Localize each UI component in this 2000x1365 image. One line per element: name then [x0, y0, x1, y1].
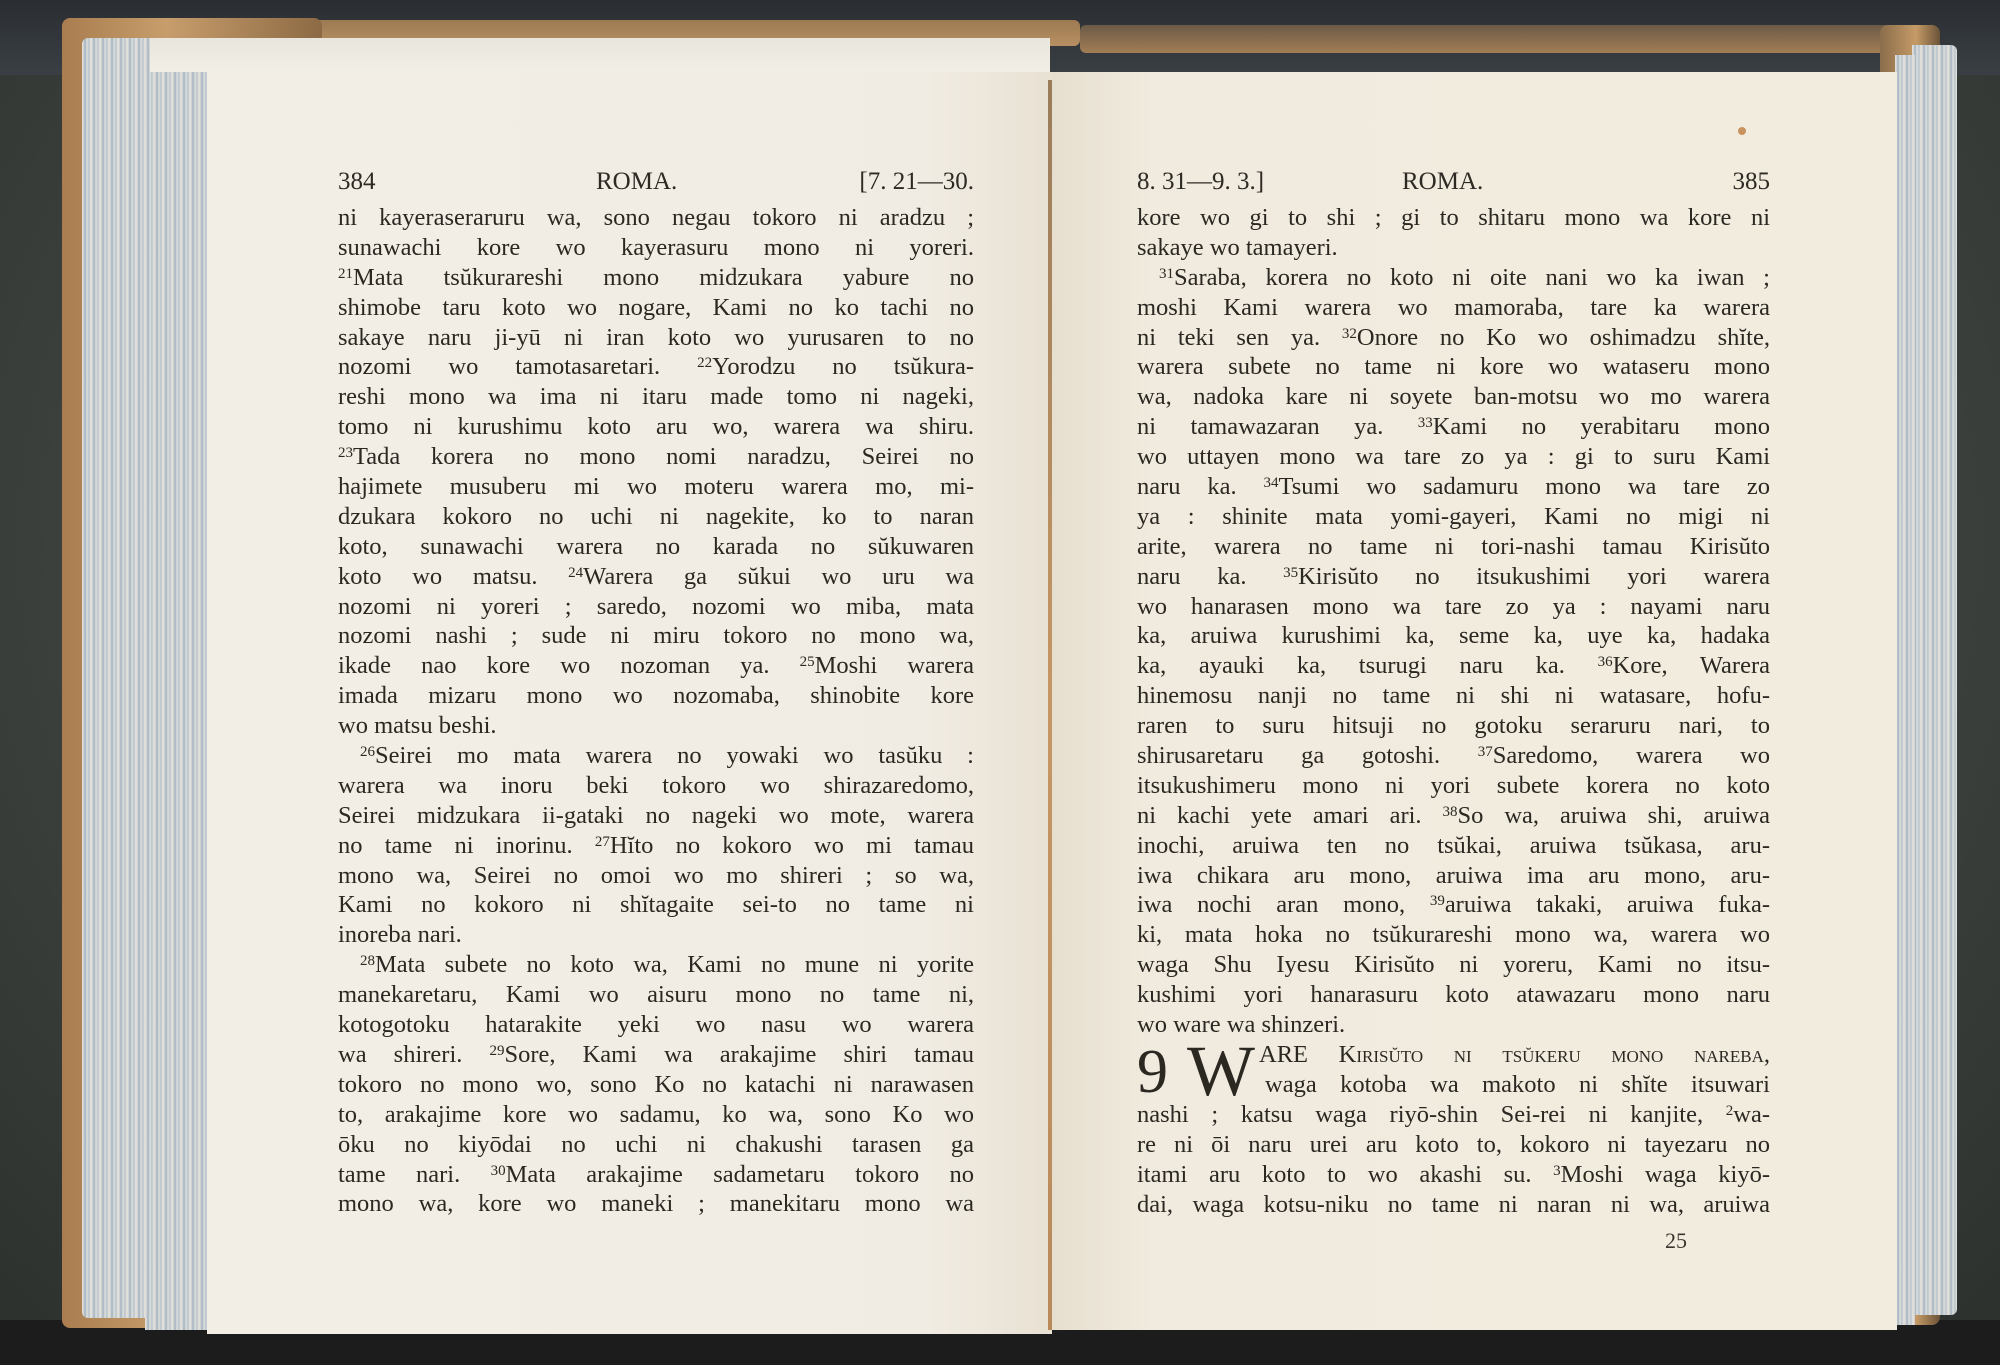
text-line: ni teki sen ya. 32Onore no Ko wo oshimad…: [1137, 323, 1770, 353]
verse-number: 33: [1418, 415, 1433, 431]
chapter-reference: [7. 21—30.: [859, 168, 974, 196]
text-line: wa, nadoka kare ni soyete ban-motsu wo m…: [1137, 382, 1770, 412]
text-line: nozomi ni yoreri ; saredo, nozomi wo mib…: [338, 592, 974, 622]
text-line: naru ka. 35Kirisŭto no itsukushimi yori …: [1137, 562, 1770, 592]
page-stack-right-inner: [1895, 55, 1915, 1325]
text-line: 21Mata tsŭkurareshi mono midzukara yabur…: [338, 263, 974, 293]
text-line: wo matsu beshi.: [338, 711, 974, 741]
text-line: ka, ayauki ka, tsurugi naru ka. 36Kore, …: [1137, 651, 1770, 681]
page-stack-left-inner: [145, 72, 208, 1330]
text-line: nozomi nashi ; sude ni miru tokoro no mo…: [338, 621, 974, 651]
text-line: ni kayeraseraruru wa, sono negau tokoro …: [338, 203, 974, 233]
text-line: mono wa, kore wo maneki ; manekitaru mon…: [338, 1189, 974, 1219]
verse-number: 22: [697, 355, 712, 371]
verse-number: 28: [360, 953, 375, 969]
text-line: dai, waga kotsu-niku no tame ni naran ni…: [1137, 1190, 1770, 1220]
page-stack-right-outer: [1912, 45, 1957, 1315]
text-line: to, arakajime kore wo sadamu, ko wa, son…: [338, 1100, 974, 1130]
page-number: 384: [338, 168, 376, 196]
text-line: wa shireri. 29Sore, Kami wa arakajime sh…: [338, 1040, 974, 1070]
text-line: Seirei midzukara ii-gataki no nageki wo …: [338, 801, 974, 831]
text-line: ya : shinite mata yomi-gayeri, Kami no m…: [1137, 502, 1770, 532]
text-line: wo hanarasen mono wa tare zo ya : nayami…: [1137, 592, 1770, 622]
text-line: ka, aruiwa kurushimi ka, seme ka, uye ka…: [1137, 621, 1770, 651]
verse-number: 34: [1264, 475, 1279, 491]
verse-number: 30: [491, 1163, 506, 1179]
signature-mark: 25: [1665, 1228, 1687, 1254]
verse-number: 37: [1478, 744, 1493, 760]
text-line: koto wo matsu. 24Warera ga sŭkui wo uru …: [338, 562, 974, 592]
verse-number: 31: [1159, 266, 1174, 282]
text-line: inoreba nari.: [338, 920, 974, 950]
verse-number: 36: [1598, 654, 1613, 670]
verse-number: 21: [338, 266, 353, 282]
text-line: iwa chikara aru mono, aruiwa ima aru mon…: [1137, 861, 1770, 891]
text-line: inochi, aruiwa ten no tsŭkai, aruiwa tsŭ…: [1137, 831, 1770, 861]
book-cover-top-right: [1080, 25, 1900, 53]
verse-number: 23: [338, 445, 353, 461]
text-line: waga Shu Iyesu Kirisŭto ni yoreru, Kami …: [1137, 950, 1770, 980]
text-line: ni tamawazaran ya. 33Kami no yerabitaru …: [1137, 412, 1770, 442]
page-stack-top: [150, 38, 1050, 72]
page-number: 385: [1733, 168, 1771, 196]
book-gutter: [1048, 80, 1052, 1330]
text-line: sakaye naru ji-yū ni iran koto wo yurusa…: [338, 323, 974, 353]
page-stack-left-outer: [82, 38, 152, 1318]
chapter-reference: 8. 31—9. 3.]: [1137, 168, 1264, 196]
text-line: itami aru koto to wo akashi su. 3Moshi w…: [1137, 1160, 1770, 1190]
text-line: dzukara kokoro no uchi ni nagekite, ko t…: [338, 502, 974, 532]
text-line: warera subete no tame ni kore wo wataser…: [1137, 352, 1770, 382]
verse-number: 25: [800, 654, 815, 670]
verse-number: 32: [1342, 326, 1357, 342]
right-page-text-continued: nashi ; katsu waga riyō-shin Sei-rei ni …: [1137, 1100, 1770, 1220]
text-line: ōku no kiyōdai no uchi ni chakushi taras…: [338, 1130, 974, 1160]
text-line: koto, sunawachi warera no karada no sŭku…: [338, 532, 974, 562]
text-line: 28Mata subete no koto wa, Kami no mune n…: [338, 950, 974, 980]
verse-number: 39: [1430, 893, 1445, 909]
text-line: re ni ōi naru urei aru koto to, kokoro n…: [1137, 1130, 1770, 1160]
verse-number: 27: [595, 834, 610, 850]
text-line: ni kachi yete amari ari. 38So wa, aruiwa…: [1137, 801, 1770, 831]
running-title: ROMA.: [596, 168, 677, 196]
text-line: 26Seirei mo mata warera no yowaki wo tas…: [338, 741, 974, 771]
verse-number: 26: [360, 744, 375, 760]
text-line: ki, mata hoka no tsŭkurareshi mono wa, w…: [1137, 920, 1770, 950]
text-line: nozomi wo tamotasaretari. 22Yorodzu no t…: [338, 352, 974, 382]
text-line: no tame ni inorinu. 27Hĭto no kokoro wo …: [338, 831, 974, 861]
text-line: sakaye wo tamayeri.: [1137, 233, 1770, 263]
text-line: hajimete musuberu mi wo moteru warera mo…: [338, 472, 974, 502]
right-running-head: 8. 31—9. 3.] ROMA. 385: [1137, 168, 1770, 202]
text-line: manekaretaru, Kami wo aisuru mono no tam…: [338, 980, 974, 1010]
verse-number: 2: [1726, 1103, 1734, 1119]
text-line: wo uttayen mono wa tare zo ya : gi to su…: [1137, 442, 1770, 472]
left-running-head: 384 ROMA. [7. 21—30.: [338, 168, 974, 202]
text-line: tame nari. 30Mata arakajime sadametaru t…: [338, 1160, 974, 1190]
text-line: raren to suru hitsuji no gotoku seraruru…: [1137, 711, 1770, 741]
text-line: kushimi yori hanarasuru koto atawazaru m…: [1137, 980, 1770, 1010]
text-line: 31Saraba, korera no koto ni oite nani wo…: [1137, 263, 1770, 293]
verse-number: 3: [1553, 1163, 1561, 1179]
chapter-first-line: ARE Kirisŭto ni tsŭkeru mono nareba,: [1137, 1040, 1770, 1070]
text-line: 23Tada korera no mono nomi naradzu, Seir…: [338, 442, 974, 472]
verse-number: 38: [1443, 804, 1458, 820]
text-line: reshi mono wa ima ni itaru made tomo ni …: [338, 382, 974, 412]
chapter-second-line: waga kotoba wa makoto ni shĭte itsuwari: [1137, 1070, 1770, 1100]
verse-number: 24: [568, 565, 583, 581]
text-line: imada mizaru mono wo nozomaba, shinobite…: [338, 681, 974, 711]
text-line: shimobe taru koto wo nogare, Kami no ko …: [338, 293, 974, 323]
verse-number: 35: [1283, 565, 1298, 581]
running-title: ROMA.: [1402, 168, 1483, 196]
text-line: itsukushimeru mono ni yori subete korera…: [1137, 771, 1770, 801]
text-line: tomo ni kurushimu koto aru wo, warera wa…: [338, 412, 974, 442]
text-line: moshi Kami warera wo mamoraba, tare ka w…: [1137, 293, 1770, 323]
verse-number: 29: [489, 1043, 504, 1059]
text-line: iwa nochi aran mono, 39aruiwa takaki, ar…: [1137, 890, 1770, 920]
text-line: nashi ; katsu waga riyō-shin Sei-rei ni …: [1137, 1100, 1770, 1130]
text-line: arite, warera no tame ni tori-nashi tama…: [1137, 532, 1770, 562]
paper-stain: [1738, 127, 1746, 135]
text-line: warera wa inoru beki tokoro wo shirazare…: [338, 771, 974, 801]
right-page-text: kore wo gi to shi ; gi to shitaru mono w…: [1137, 203, 1770, 1040]
text-line: kotogotoku hatarakite yeki wo nasu wo wa…: [338, 1010, 974, 1040]
text-line: hinemosu nanji no tame ni shi ni watasar…: [1137, 681, 1770, 711]
text-line: naru ka. 34Tsumi wo sadamuru mono wa tar…: [1137, 472, 1770, 502]
text-line: tokoro no mono wo, sono Ko no katachi ni…: [338, 1070, 974, 1100]
text-line: sunawachi kore wo kayerasuru mono ni yor…: [338, 233, 974, 263]
chapter-9-opening: 9 W ARE Kirisŭto ni tsŭkeru mono nareba,…: [1137, 1040, 1770, 1100]
text-line: ikade nao kore wo nozoman ya. 25Moshi wa…: [338, 651, 974, 681]
text-line: mono wa, Seirei no omoi wo mo shireri ; …: [338, 861, 974, 891]
text-line: Kami no kokoro ni shĭtagaite sei-to no t…: [338, 890, 974, 920]
left-page-text: ni kayeraseraruru wa, sono negau tokoro …: [338, 203, 974, 1219]
text-line: shirusaretaru ga gotoshi. 37Saredomo, wa…: [1137, 741, 1770, 771]
text-line: kore wo gi to shi ; gi to shitaru mono w…: [1137, 203, 1770, 233]
